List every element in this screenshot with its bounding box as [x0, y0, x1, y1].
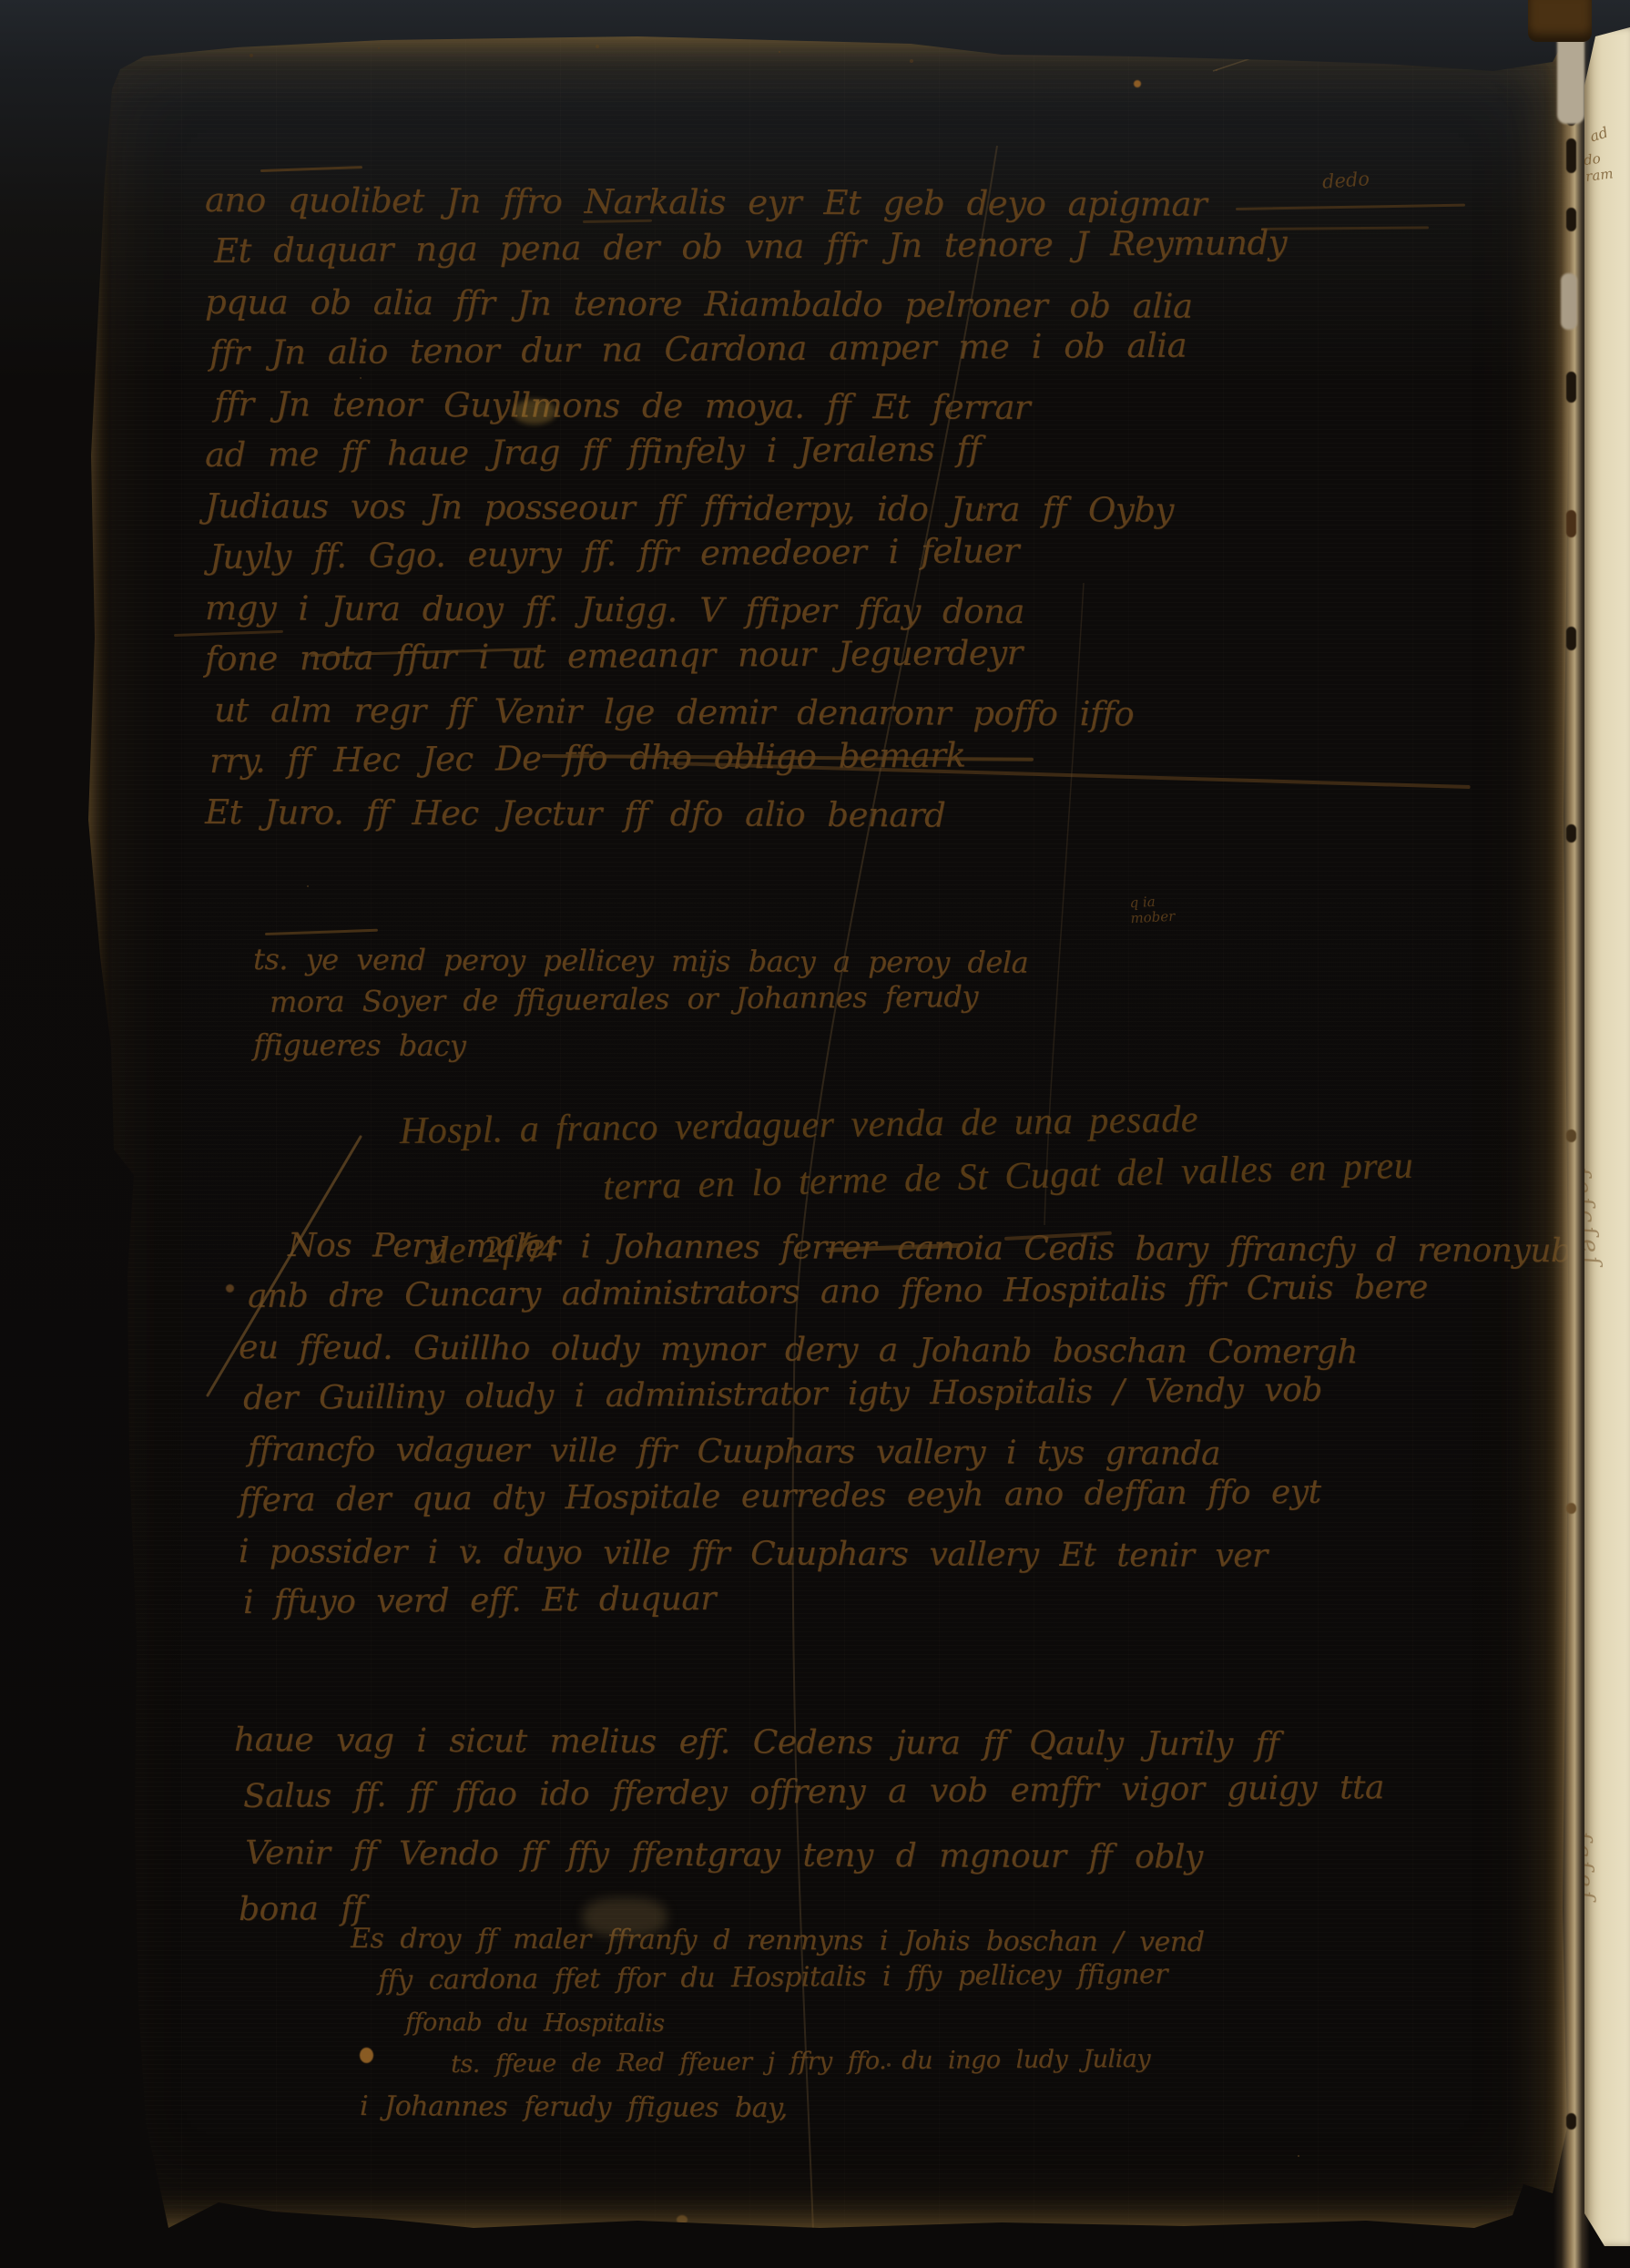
- sewing-hole: [1566, 1129, 1576, 1142]
- frayed-paper: [1561, 273, 1577, 330]
- photograph-background: ano quolibet Jn ffro Narkalis eyr Et geb…: [0, 0, 1630, 2268]
- manuscript-line: Salus ff. ff ffao ido fferdey offreny a …: [243, 1760, 1384, 1825]
- top-edge-shading: [87, 33, 1569, 115]
- manuscript-line: der Guilliny oludy i administrator igty …: [243, 1364, 1572, 1425]
- manuscript-line: i ffuyo verd eff. Et duquar: [243, 1568, 1572, 1629]
- ink-stain: [226, 1284, 234, 1292]
- text-block-witnesses: ts. ye vend peroy pellicey mijs bacy a p…: [253, 938, 1028, 1067]
- manuscript-line: ffera der qua dty Hospitale eurredes eey…: [239, 1466, 1572, 1527]
- manuscript-line: rry. ff Hec Jec De ffo dho obligo bemark: [209, 728, 1288, 787]
- paper-specks: [87, 33, 88, 35]
- manuscript-line: fone nota ffur i ut emeanqr nour Jeguerd…: [205, 626, 1288, 685]
- sewing-hole: [1566, 627, 1576, 650]
- manuscript-line: ts. ffeue de Red ffeuer j ffry ffo. du i…: [451, 2038, 1205, 2086]
- text-block-closing: Es droy ff maler ffranfy d renmyns i Joh…: [351, 1918, 1204, 2128]
- manuscript-line: ffigueres bacy: [253, 1024, 1028, 1070]
- facing-page-note: do ram: [1583, 147, 1630, 185]
- interlinear-note-dedo: dedo: [1321, 168, 1370, 193]
- ink-stain: [677, 2215, 688, 2224]
- manuscript-line: ad me ff haue Jrag ff ffinfely i Jeralen…: [205, 422, 1288, 481]
- manuscript-line: mora Soyer de ffiguerales or Johannes fe…: [270, 975, 1028, 1024]
- sewing-hole: [1566, 208, 1576, 231]
- manuscript-page: ano quolibet Jn ffro Narkalis eyr Et geb…: [87, 33, 1569, 2232]
- text-block-clauses: haue vag i sicut melius eff. Cedens jura…: [234, 1712, 1384, 1938]
- sewing-hole: [1566, 510, 1576, 537]
- sewing-hole: [1566, 138, 1576, 173]
- sewing-hole: [1566, 372, 1576, 403]
- sewing-hole: [1566, 2113, 1576, 2130]
- overline-dash: [260, 166, 362, 172]
- manuscript-line: Juyly ff. Ggo. euyry ff. ffr emedeoer i …: [209, 524, 1288, 583]
- manuscript-line: Et duquar nga pena der ob vna ffr Jn ten…: [214, 218, 1288, 277]
- manuscript-line: i Johannes ferudy ffigues bay,: [360, 2086, 1205, 2131]
- sewing-hole: [1566, 824, 1576, 843]
- binding-leather: [1528, 0, 1592, 42]
- manuscript-line: anb dre Cuncary administrators ano ffeno…: [248, 1262, 1572, 1323]
- ink-stain: [1134, 80, 1141, 87]
- text-block-main: ano quolibet Jn ffro Narkalis eyr Et geb…: [205, 175, 1287, 838]
- text-block-second: Nos Pery maler i Johannes ferrer canoia …: [239, 1221, 1572, 1629]
- facing-page-edge: ad do ram ſeſcſeſ ſcſeſ: [1584, 27, 1630, 2246]
- manuscript-line: ffy cardona ffet ffor du Hospitalis i ff…: [378, 1954, 1205, 2002]
- sewing-hole: [1566, 1503, 1576, 1514]
- facing-page-note: ad: [1588, 123, 1611, 145]
- manuscript-line: Et Juro. ff Hec Jectur ff dfo alio benar…: [205, 787, 1287, 843]
- overline-dash: [265, 929, 378, 935]
- interlinear-note-mid: q ia mober: [1129, 894, 1176, 927]
- manuscript-line: ffr Jn alio tenor dur na Cardona amper m…: [209, 320, 1288, 379]
